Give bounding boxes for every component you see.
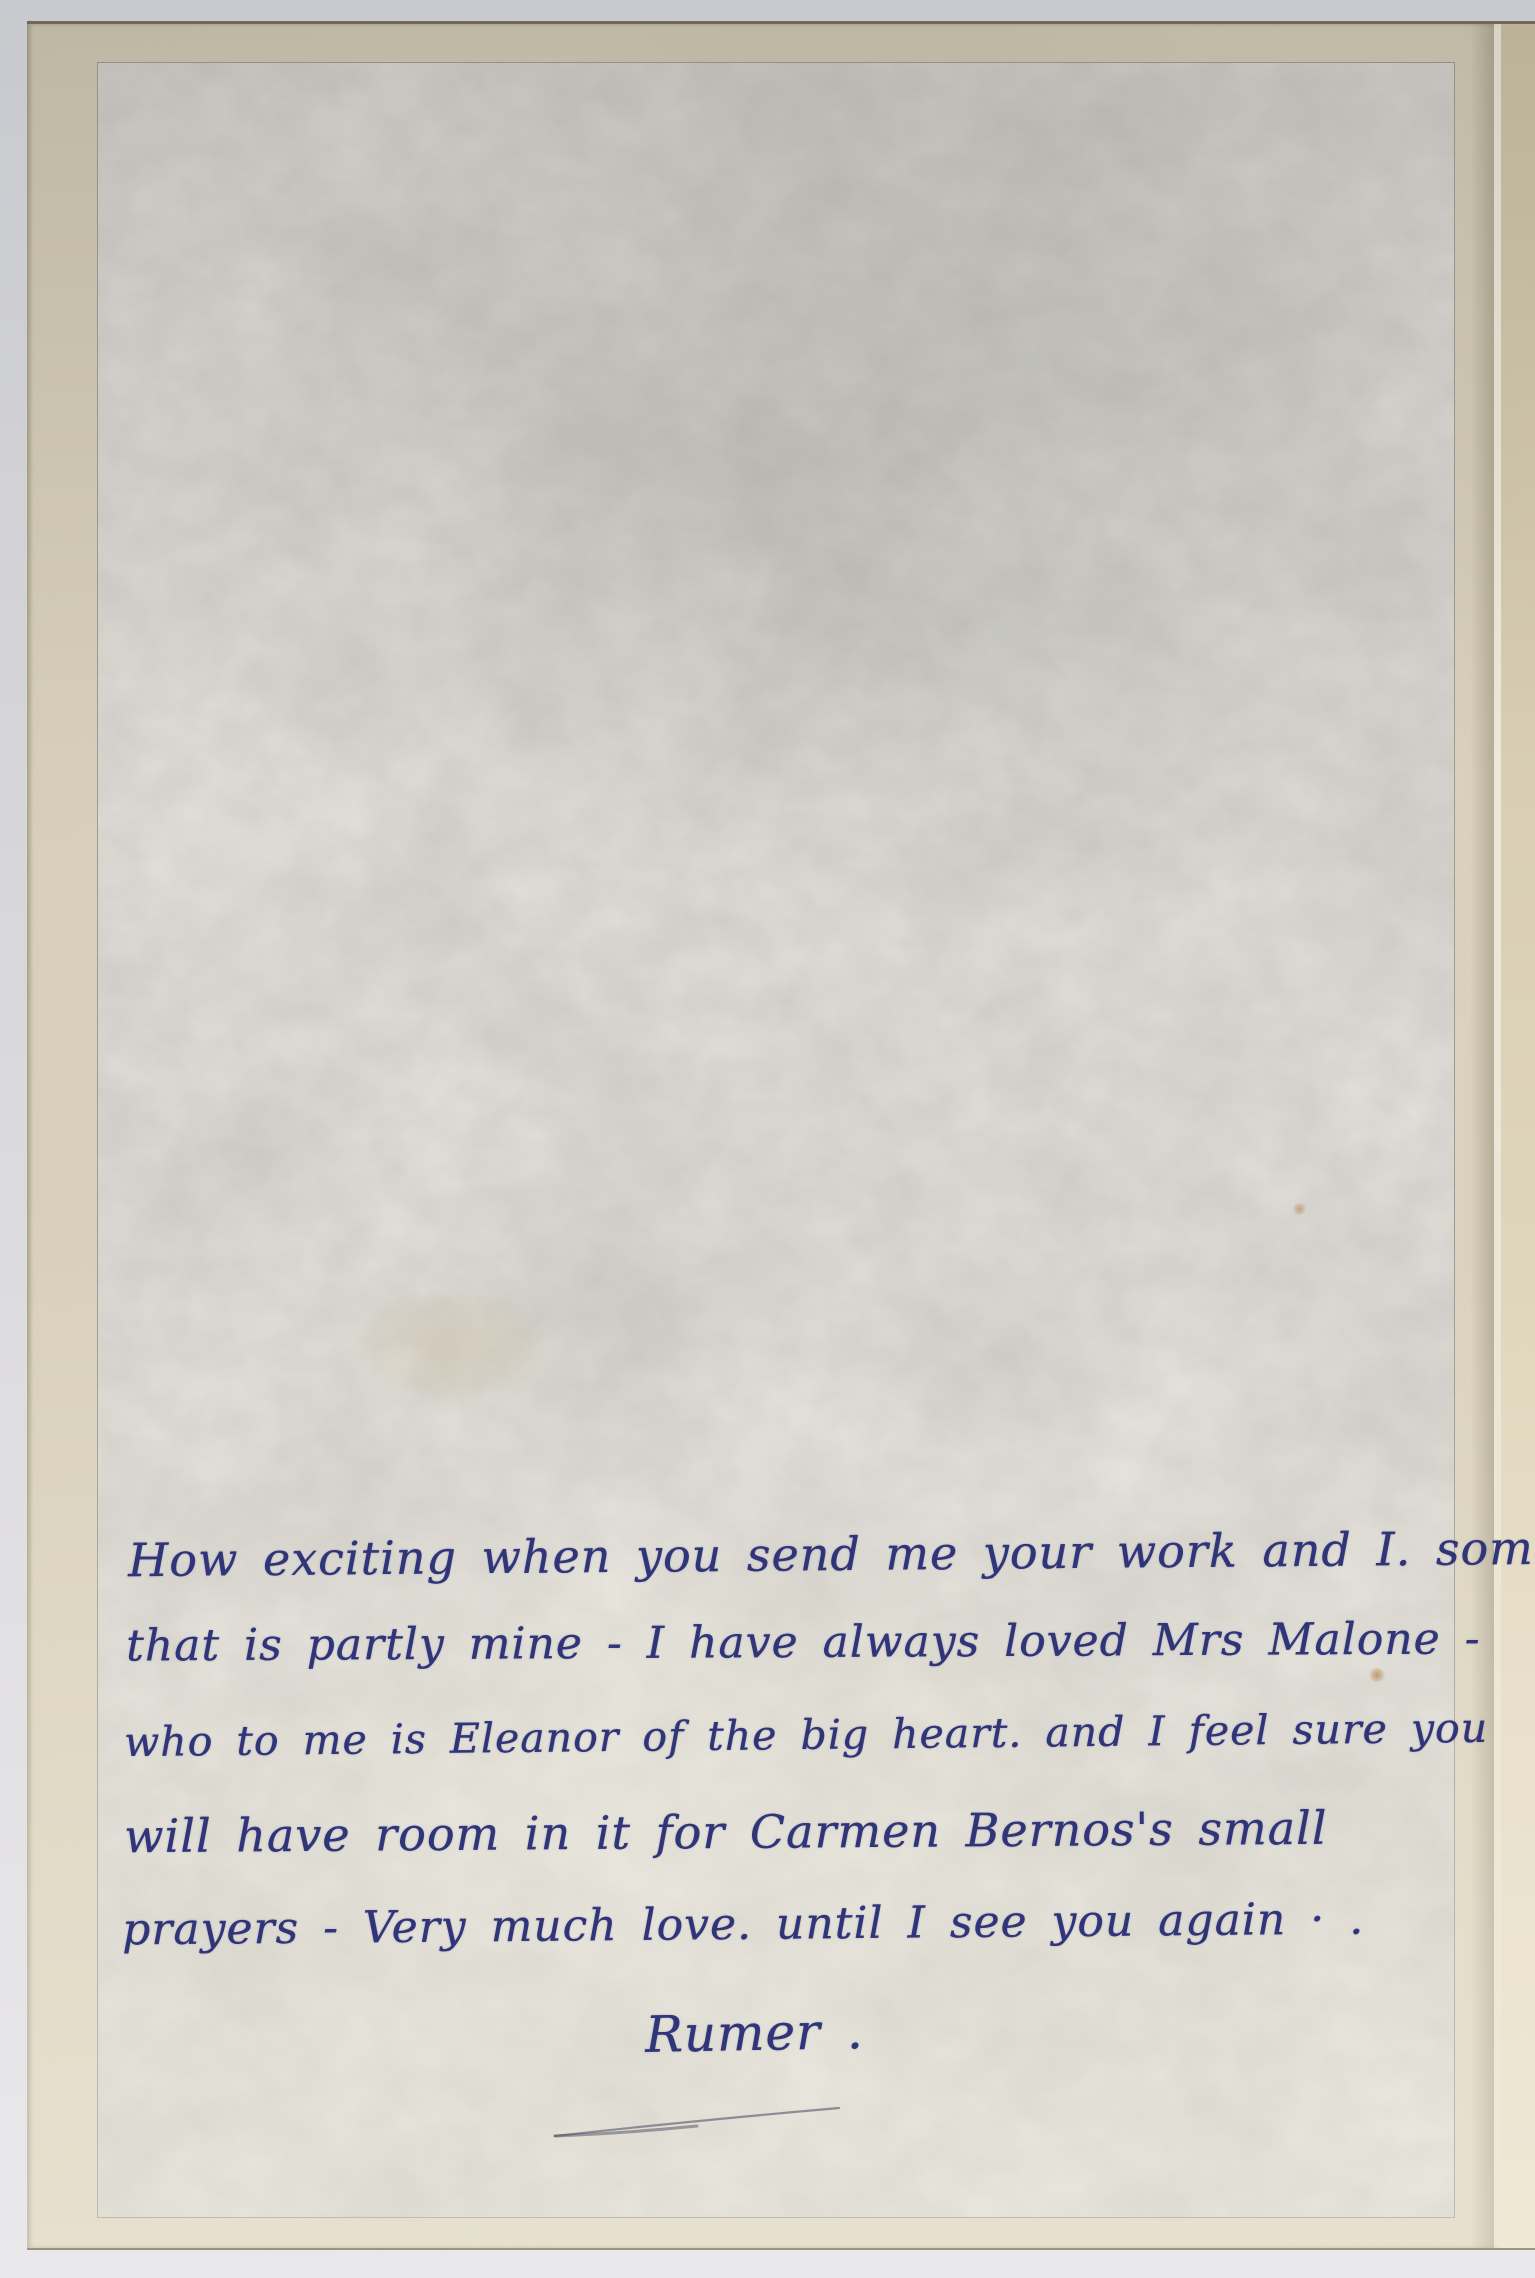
signature-flourish-stroke [547, 2084, 847, 2144]
inscription-line-2: that is partly mine - I have always love… [126, 1617, 1481, 1668]
signature: Rumer . [645, 2006, 864, 2060]
inscription-line-3: who to me is Eleanor of the big heart. a… [124, 1708, 1488, 1763]
inscription-line-4: will have room in it for Carmen Bernos's… [124, 1805, 1328, 1859]
book-page: How exciting when you send me your work … [27, 21, 1535, 2250]
inscription-line-1: How exciting when you send me your work … [128, 1525, 1535, 1584]
handwritten-inscription: How exciting when you send me your work … [27, 24, 1535, 2248]
inscription-line-5: prayers - Very much love. until I see yo… [122, 1898, 1364, 1953]
